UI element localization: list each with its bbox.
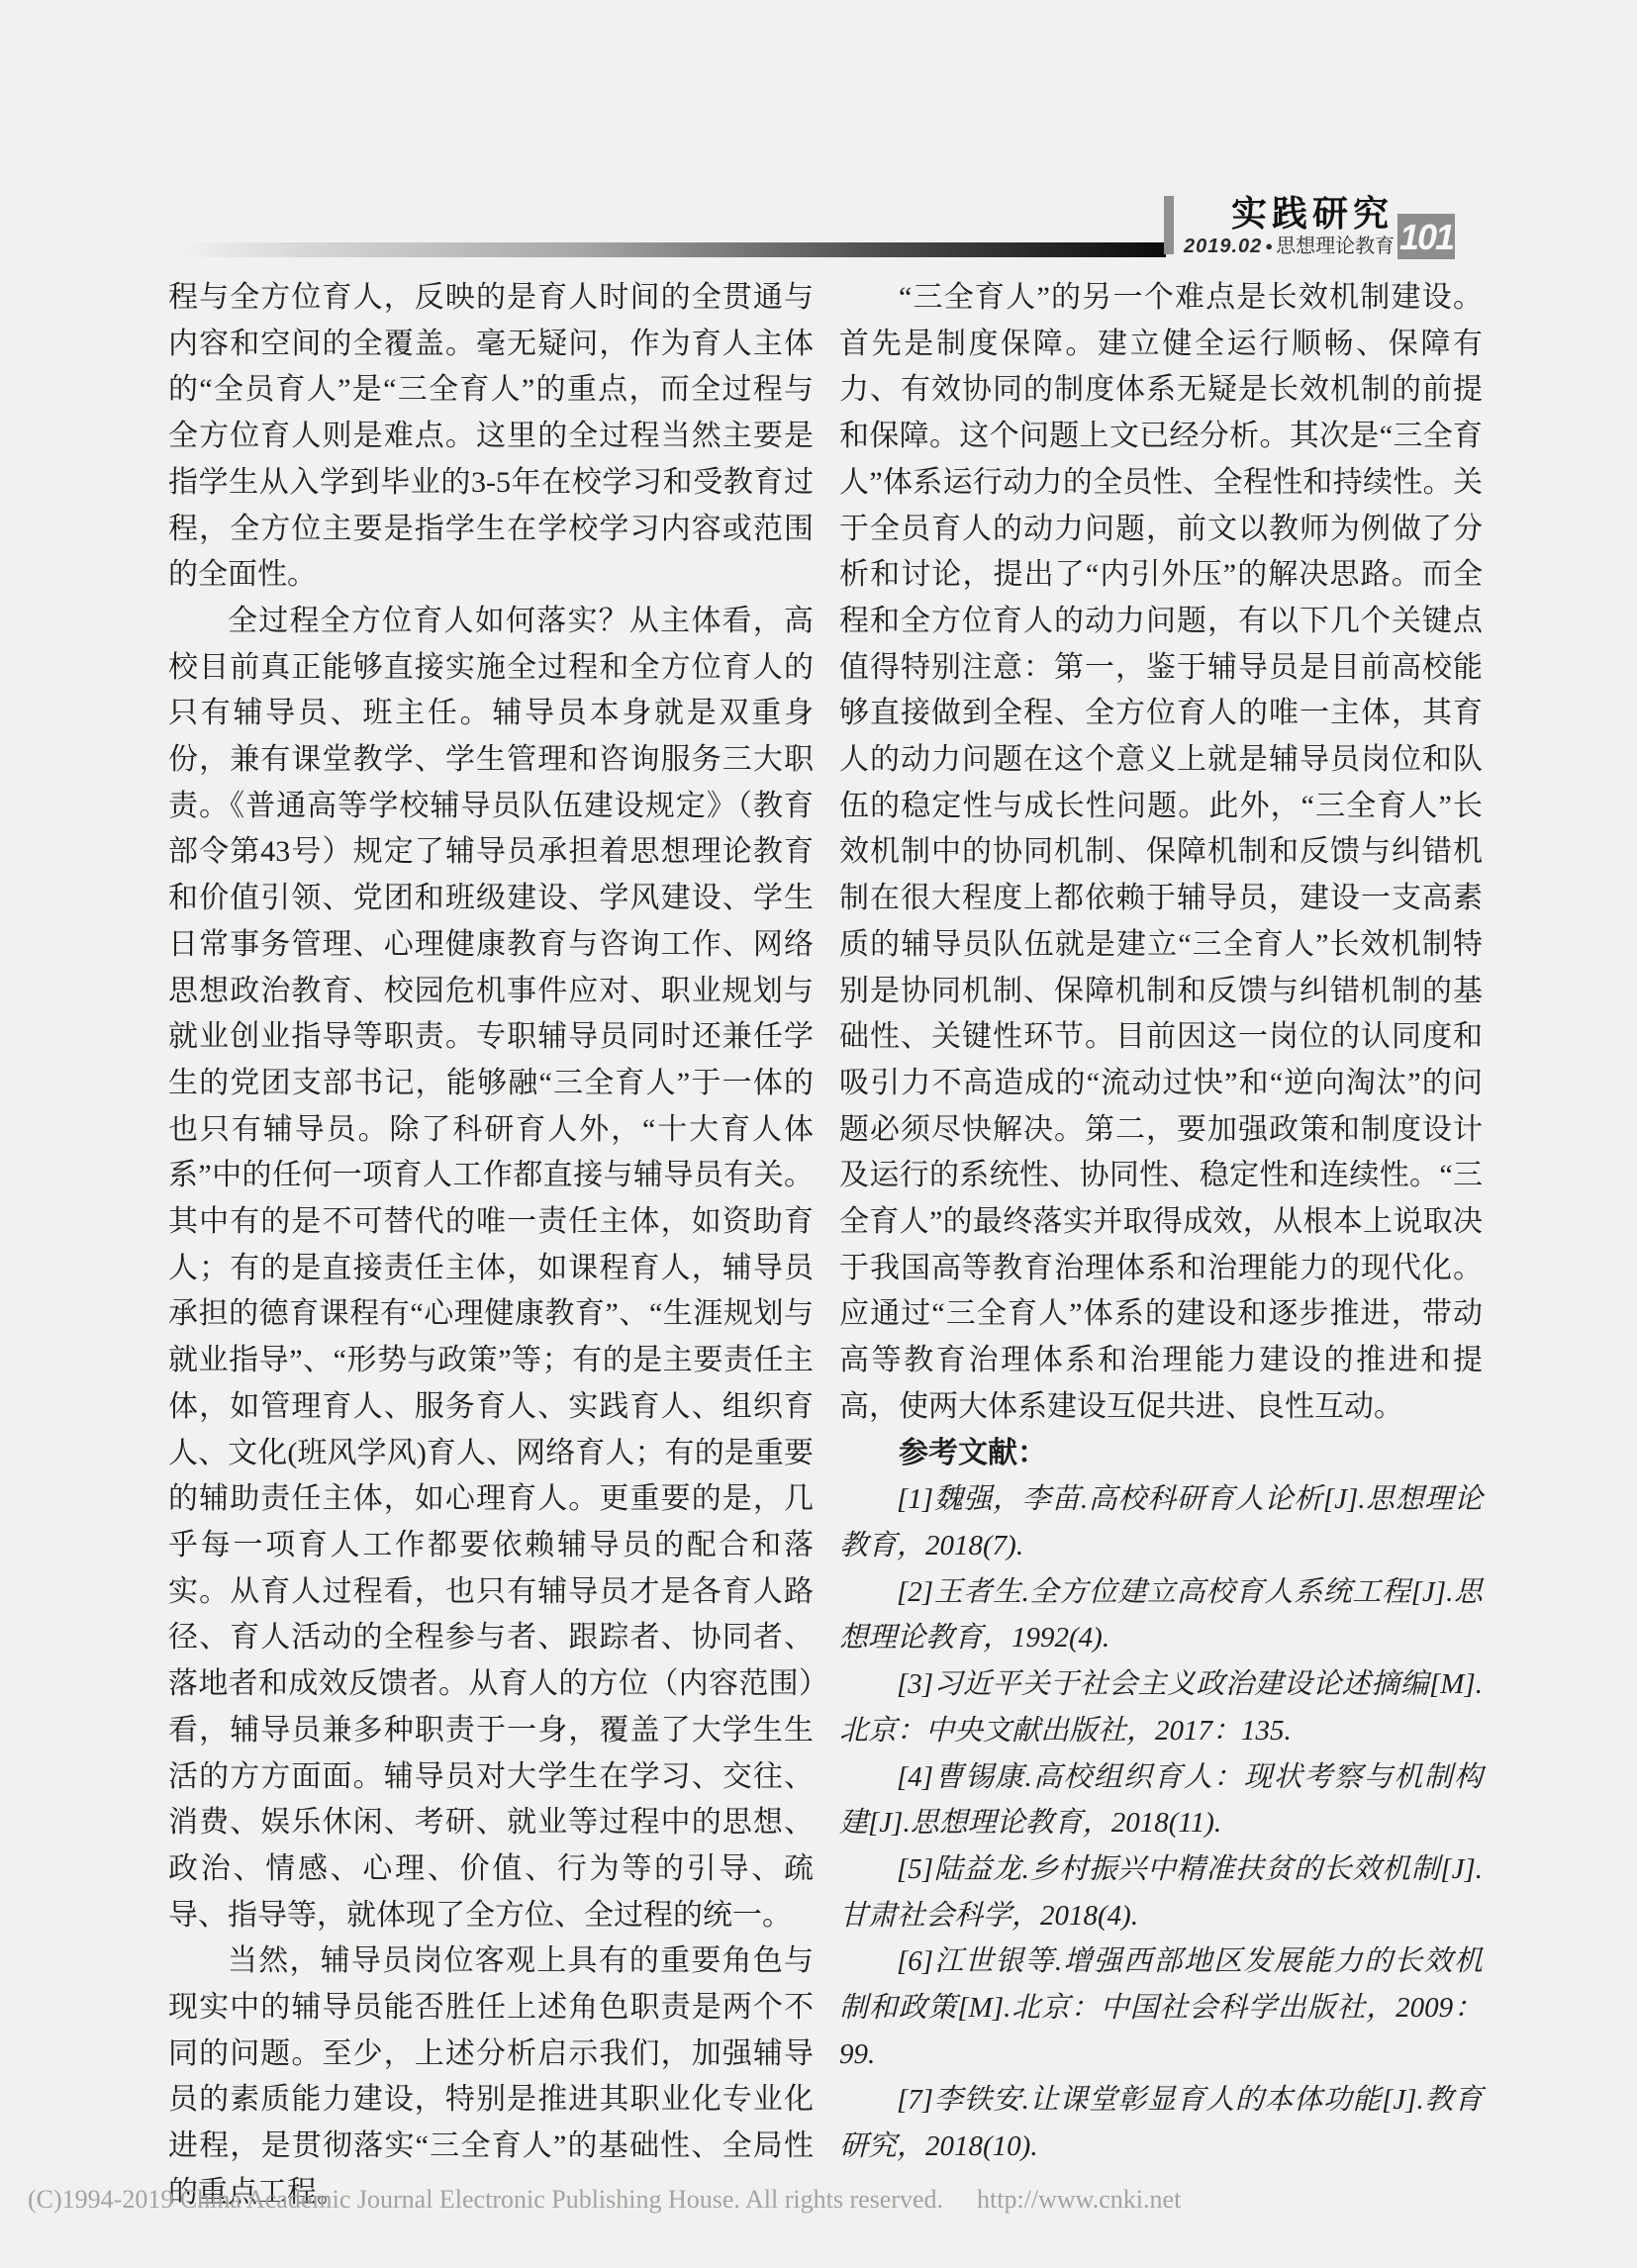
journal-name: 思想理论教育	[1276, 236, 1395, 257]
cnki-url-text: http://www.cnki.net	[977, 2185, 1181, 2214]
body-paragraph: 程与全方位育人，反映的是育人时间的全贯通与内容和空间的全覆盖。毫无疑问，作为育人…	[168, 275, 814, 599]
copyright-text: (C)1994-2019 China Academic Journal Elec…	[28, 2185, 943, 2214]
bullet-separator-icon: ●	[1262, 238, 1276, 253]
reference-item: [4]曹锡康.高校组织育人：现状考察与机制构建[J].思想理论教育，2018(1…	[839, 1754, 1483, 1846]
scan-copyright-footer: (C)1994-2019 China Academic Journal Elec…	[28, 2185, 1611, 2215]
reference-item: [3]习近平关于社会主义政治建设论述摘编[M].北京：中央文献出版社，2017：…	[839, 1661, 1483, 1753]
reference-item: [7]李铁安.让课堂彰显育人的本体功能[J].教育研究，2018(10).	[839, 2077, 1483, 2169]
left-column: 程与全方位育人，反映的是育人时间的全贯通与内容和空间的全覆盖。毫无疑问，作为育人…	[168, 275, 814, 2217]
right-column: “三全育人”的另一个难点是长效机制建设。首先是制度保障。建立健全运行顺畅、保障有…	[839, 275, 1483, 2170]
scanned-paper-page: 实践研究 2019.02●思想理论教育 101 程与全方位育人，反映的是育人时间…	[0, 0, 1637, 2268]
reference-item: [5]陆益龙.乡村振兴中精准扶贫的长效机制[J].甘肃社会科学，2018(4).	[839, 1846, 1483, 1938]
issue-date: 2019.02	[1184, 236, 1262, 257]
section-title: 实践研究	[1184, 194, 1394, 234]
body-paragraph: 全过程全方位育人如何落实？从主体看，高校目前真正能够直接实施全过程和全方位育人的…	[168, 599, 814, 1938]
reference-item: [1]魏强，李苗.高校科研育人论析[J].思想理论教育，2018(7).	[839, 1476, 1483, 1568]
body-paragraph: 当然，辅导员岗位客观上具有的重要角色与现实中的辅导员能否胜任上述角色职责是两个不…	[168, 1938, 814, 2216]
page-number-badge: 101	[1397, 214, 1455, 259]
references-heading: 参考文献：	[839, 1431, 1483, 1477]
header-vertical-divider	[1164, 196, 1174, 254]
header-gradient-rule	[180, 242, 1166, 257]
reference-item: [6]江世银等.增强西部地区发展能力的长效机制和政策[M].北京：中国社会科学出…	[839, 1938, 1483, 2077]
journal-issue-line: 2019.02●思想理论教育	[1184, 235, 1394, 258]
reference-item: [2]王者生.全方位建立高校育人系统工程[J].思想理论教育，1992(4).	[839, 1569, 1483, 1661]
body-paragraph: “三全育人”的另一个难点是长效机制建设。首先是制度保障。建立健全运行顺畅、保障有…	[839, 275, 1483, 1431]
